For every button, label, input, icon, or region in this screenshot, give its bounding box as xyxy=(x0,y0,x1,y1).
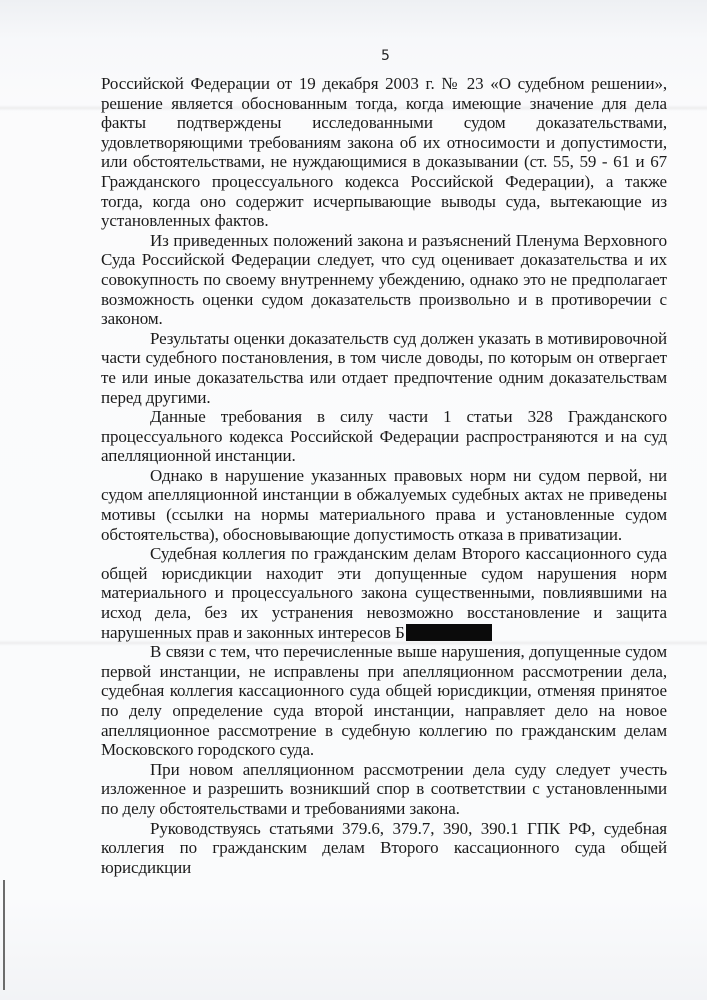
paragraph: Данные требования в силу части 1 статьи … xyxy=(101,407,667,466)
document-body: Российской Федерации от 19 декабря 2003 … xyxy=(101,74,667,877)
paragraph: При новом апелляционном рассмотрении дел… xyxy=(101,760,667,819)
page-edge xyxy=(3,880,5,990)
paragraph: В связи с тем, что перечисленные выше на… xyxy=(101,642,667,760)
paragraph: Результаты оценки доказательств суд долж… xyxy=(101,329,667,407)
paragraph: Судебная коллегия по гражданским делам В… xyxy=(101,544,667,642)
paragraph-text: Судебная коллегия по гражданским делам В… xyxy=(101,544,667,641)
paragraph: Из приведенных положений закона и разъяс… xyxy=(101,231,667,329)
scanned-page: ​ 5 Российской Федерации от 19 декабря 2… xyxy=(0,0,707,1000)
paragraph: Российской Федерации от 19 декабря 2003 … xyxy=(101,74,667,231)
page-number: 5 xyxy=(381,48,390,64)
redaction-block xyxy=(406,624,492,641)
paragraph: Руководствуясь статьями 379.6, 379.7, 39… xyxy=(101,819,667,878)
paragraph: Однако в нарушение указанных правовых но… xyxy=(101,466,667,544)
